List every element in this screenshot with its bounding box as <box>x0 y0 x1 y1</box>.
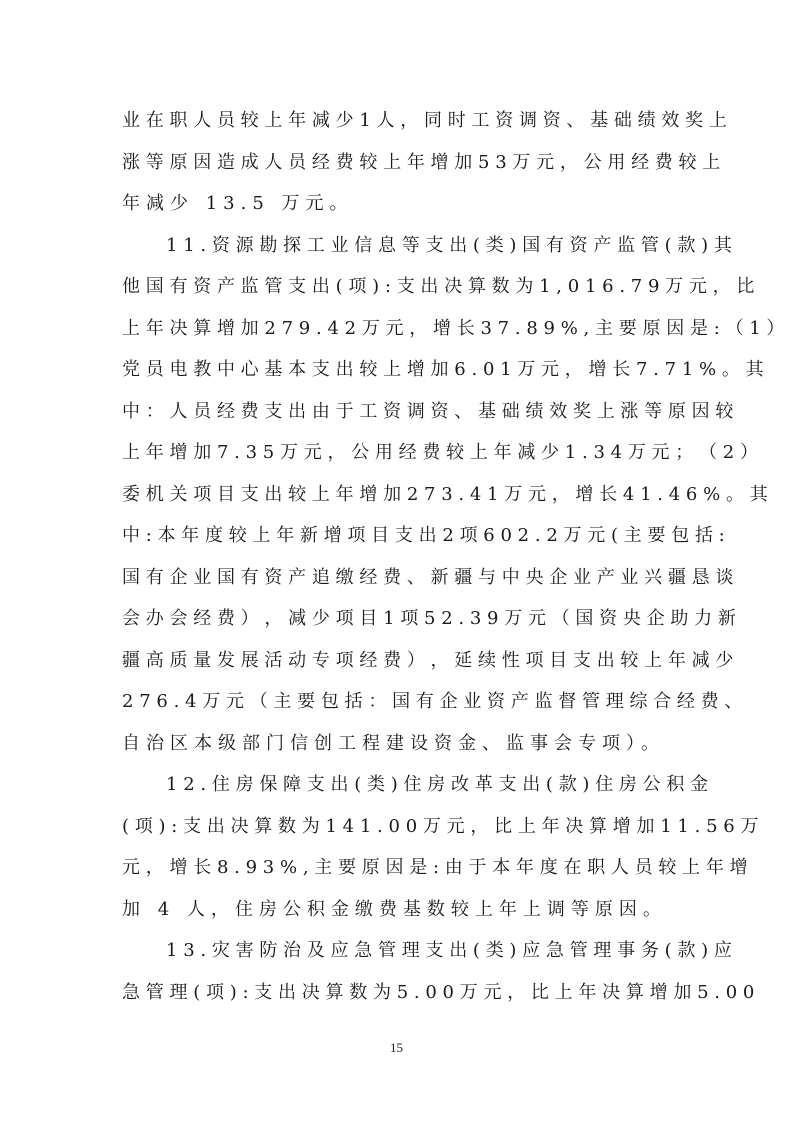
text-line: ( 项 ) : 支 出 决 算 数 为 1 4 1 . 0 0 万 元 ， 比 … <box>122 806 672 848</box>
text-line: 年减少 13.5 万元。 <box>122 183 672 225</box>
text-line: 急 管 理 ( 项 ) : 支 出 决 算 数 为 5 . 0 0 万 元 ， … <box>122 972 672 1014</box>
text-line: 疆 高 质 量 发 展 活 动 专 项 经 费 ） ， 延 续 性 项 目 支 … <box>122 640 672 682</box>
text-line: 加 4 人，住房公积金缴费基数较上年上调等原因。 <box>122 889 672 931</box>
text-line: 中 ： 人 员 经 费 支 出 由 于 工 资 调 资 、 基 础 绩 效 奖 … <box>122 391 672 433</box>
document-page: 业 在 职 人 员 较 上 年 减 少 1 人 ， 同 时 工 资 调 资 、 … <box>0 0 793 1122</box>
text-line: 会 办 会 经 费 ） ， 减 少 项 目 1 项 5 2 . 3 9 万 元 … <box>122 598 672 640</box>
text-line: 委 机 关 项 目 支 出 较 上 年 增 加 2 7 3 . 4 1 万 元 … <box>122 474 672 516</box>
section-heading-line-13: 1 3 . 灾 害 防 治 及 应 急 管 理 支 出 ( 类 ) 应 急 管 … <box>122 930 672 972</box>
section-heading-line-12: 1 2 . 住 房 保 障 支 出 ( 类 ) 住 房 改 革 支 出 ( 款 … <box>122 764 672 806</box>
text-line: 上 年 决 算 增 加 2 7 9 . 4 2 万 元 ， 增 长 3 7 . … <box>122 308 672 350</box>
text-line: 上 年 增 加 7 . 3 5 万 元 ， 公 用 经 费 较 上 年 减 少 … <box>122 432 672 474</box>
text-line: 中 : 本 年 度 较 上 年 新 增 项 目 支 出 2 项 6 0 2 . … <box>122 515 672 557</box>
text-line: 党 员 电 教 中 心 基 本 支 出 较 上 增 加 6 . 0 1 万 元 … <box>122 349 672 391</box>
text-line: 自治区本级部门信创工程建设资金、监事会专项）。 <box>122 723 672 765</box>
text-line: 他 国 有 资 产 监 管 支 出 ( 项 ) : 支 出 决 算 数 为 1 … <box>122 266 672 308</box>
document-body: 业 在 职 人 员 较 上 年 减 少 1 人 ， 同 时 工 资 调 资 、 … <box>122 100 672 1013</box>
text-line: 2 7 6 . 4 万 元 （ 主 要 包 括 ： 国 有 企 业 资 产 监 … <box>122 681 672 723</box>
text-line: 国 有 企 业 国 有 资 产 追 缴 经 费 、 新 疆 与 中 央 企 业 … <box>122 557 672 599</box>
page-number: 15 <box>0 1040 793 1056</box>
text-line: 业 在 职 人 员 较 上 年 减 少 1 人 ， 同 时 工 资 调 资 、 … <box>122 100 672 142</box>
text-line: 元 ， 增 长 8 . 9 3 % , 主 要 原 因 是 : 由 于 本 年 … <box>122 847 672 889</box>
section-heading-line-11: 1 1 . 资 源 勘 探 工 业 信 息 等 支 出 ( 类 ) 国 有 资 … <box>122 225 672 267</box>
text-line: 涨 等 原 因 造 成 人 员 经 费 较 上 年 增 加 5 3 万 元 ， … <box>122 142 672 184</box>
